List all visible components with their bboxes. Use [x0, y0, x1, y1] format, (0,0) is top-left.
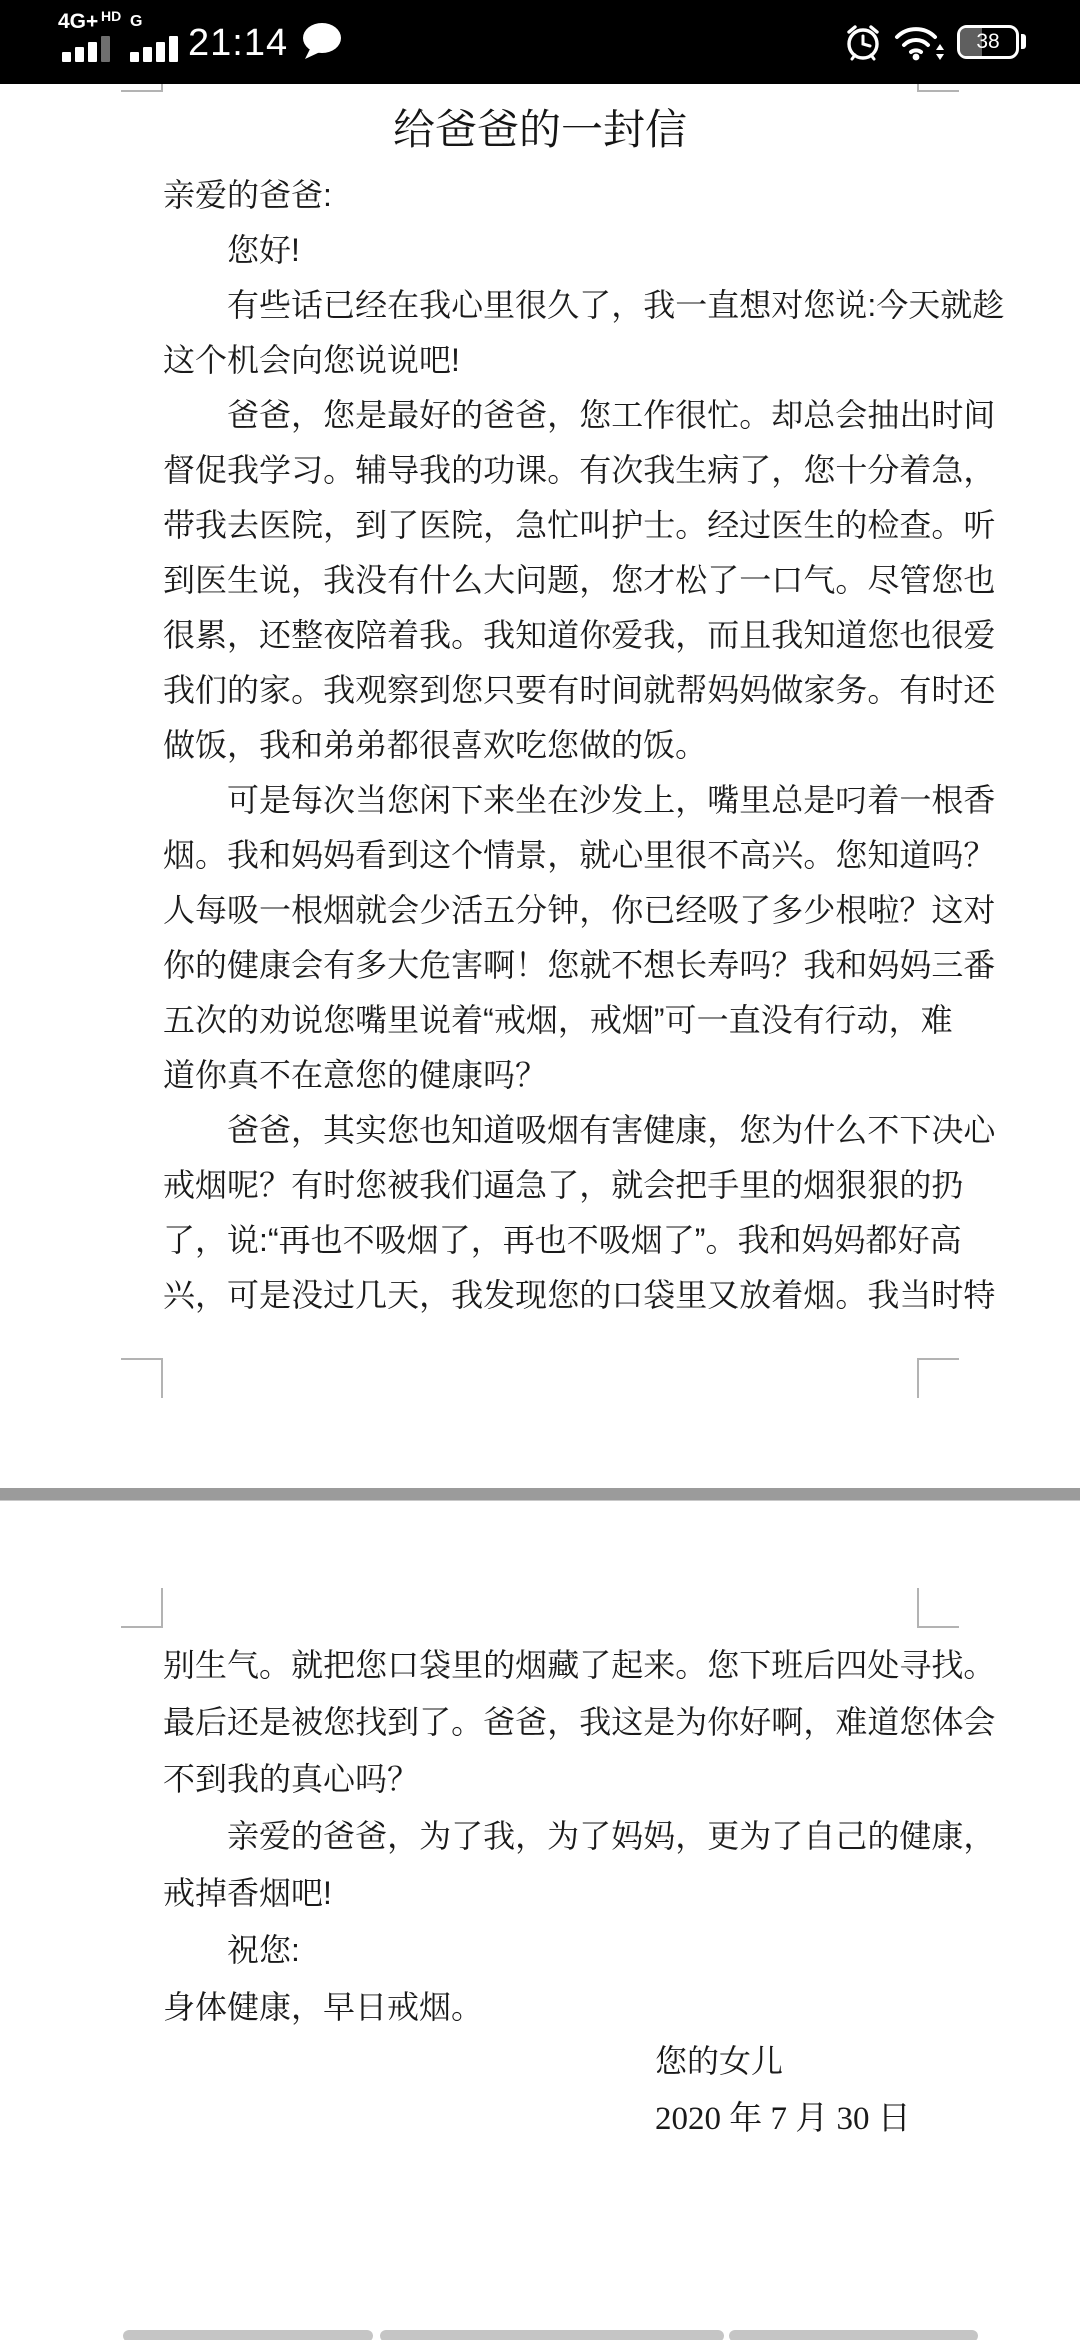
- signal-bar: [88, 42, 97, 62]
- date-line: 2020 年 7 月 30 日: [655, 2092, 911, 2139]
- clock-time: 21:14: [188, 22, 288, 65]
- page1-top-left-margin-mark: [121, 84, 163, 92]
- text-line: 爸爸，其实您也知道吸烟有害健康，您为什么不下决心: [163, 1103, 917, 1158]
- text-line: 我们的家。我观察到您只要有时间就帮妈妈做家务。有时还: [163, 663, 917, 718]
- page1-top-right-margin-mark: [917, 84, 959, 92]
- text-line: 了，说:“再也不吸烟了，再也不吸烟了”。我和妈妈都好高: [163, 1213, 917, 1268]
- text-line: 人每吸一根烟就会少活五分钟，你已经吸了多少根啦？这对: [163, 883, 917, 938]
- battery-percentage: 38: [960, 28, 1016, 56]
- bottom-toolbar-segment-right[interactable]: [729, 2330, 978, 2340]
- alarm-clock-icon: [843, 22, 883, 64]
- text-line: 很累，还整夜陪着我。我知道你爱我，而且我知道您也很爱: [163, 608, 917, 663]
- letter-title: 给爸爸的一封信: [163, 104, 917, 156]
- signal-bar: [101, 36, 110, 62]
- text-line: 祝您:: [163, 1922, 917, 1979]
- signature-line: 您的女儿: [655, 2036, 783, 2082]
- text-line: 你的健康会有多大危害啊！您就不想长寿吗？我和妈妈三番: [163, 938, 917, 993]
- phone-screen: 4G+ HD G 21:14: [0, 0, 1080, 2340]
- signal-bar: [75, 47, 84, 62]
- signal-bar: [143, 47, 152, 62]
- page1-bottom-right-margin-mark: [917, 1358, 959, 1398]
- text-line: 道你真不在意您的健康吗？: [163, 1048, 917, 1103]
- text-line: 有些话已经在我心里很久了，我一直想对您说:今天就趁: [163, 278, 917, 333]
- message-bubble-icon: [300, 22, 344, 62]
- text-line: 督促我学习。辅导我的功课。有次我生病了，您十分着急，: [163, 443, 917, 498]
- text-line: 带我去医院，到了医院，急忙叫护士。经过医生的检查。听: [163, 498, 917, 553]
- battery-cap: [1021, 34, 1026, 49]
- text-line: 亲爱的爸爸:: [163, 168, 917, 223]
- text-line: 亲爱的爸爸，为了我，为了妈妈，更为了自己的健康，: [163, 1808, 917, 1865]
- signal-strength-icon: [62, 36, 110, 62]
- signal-bar: [169, 36, 178, 62]
- text-line: 别生气。就把您口袋里的烟藏了起来。您下班后四处寻找。: [163, 1637, 917, 1694]
- status-bar: 4G+ HD G 21:14: [0, 0, 1080, 84]
- battery-icon: 38: [957, 25, 1019, 59]
- page2-top-left-margin-mark: [121, 1588, 163, 1628]
- text-line: 身体健康，早日戒烟。: [163, 1979, 917, 2036]
- text-line: 戒烟呢？有时您被我们逼急了，就会把手里的烟狠狠的扔: [163, 1158, 917, 1213]
- hd-voice-label: HD: [101, 8, 121, 24]
- bottom-toolbar-segment-left[interactable]: [123, 2330, 373, 2340]
- signal-bar: [130, 52, 139, 62]
- page2-top-right-margin-mark: [917, 1588, 959, 1628]
- network-type-label-2: G: [130, 13, 142, 31]
- network-type-label: 4G+: [58, 10, 98, 34]
- page1-text-body: 亲爱的爸爸:您好!有些话已经在我心里很久了，我一直想对您说:今天就趁这个机会向您…: [163, 168, 917, 1323]
- text-line: 最后还是被您找到了。爸爸，我这是为你好啊，难道您体会: [163, 1694, 917, 1751]
- page1-bottom-left-margin-mark: [121, 1358, 163, 1398]
- signal-bar: [62, 52, 71, 62]
- text-line: 烟。我和妈妈看到这个情景，就心里很不高兴。您知道吗？: [163, 828, 917, 883]
- signal-strength-icon-2: [130, 36, 178, 62]
- text-line: 爸爸，您是最好的爸爸，您工作很忙。却总会抽出时间: [163, 388, 917, 443]
- text-line: 戒掉香烟吧!: [163, 1865, 917, 1922]
- text-line: 您好!: [163, 223, 917, 278]
- text-line: 不到我的真心吗？: [163, 1751, 917, 1808]
- text-line: 可是每次当您闲下来坐在沙发上，嘴里总是叼着一根香: [163, 773, 917, 828]
- wifi-icon: [893, 24, 947, 62]
- text-line: 五次的劝说您嘴里说着“戒烟，戒烟”可一直没有行动，难: [163, 993, 917, 1048]
- signal-bar: [156, 42, 165, 62]
- page-break-divider: [0, 1488, 1080, 1501]
- text-line: 到医生说，我没有什么大问题，您才松了一口气。尽管您也: [163, 553, 917, 608]
- text-line: 做饭，我和弟弟都很喜欢吃您做的饭。: [163, 718, 917, 773]
- text-line: 这个机会向您说说吧!: [163, 333, 917, 388]
- text-line: 兴，可是没过几天，我发现您的口袋里又放着烟。我当时特: [163, 1268, 917, 1323]
- page2-text-body: 别生气。就把您口袋里的烟藏了起来。您下班后四处寻找。最后还是被您找到了。爸爸，我…: [163, 1637, 917, 2036]
- bottom-toolbar-segment-middle[interactable]: [380, 2330, 724, 2340]
